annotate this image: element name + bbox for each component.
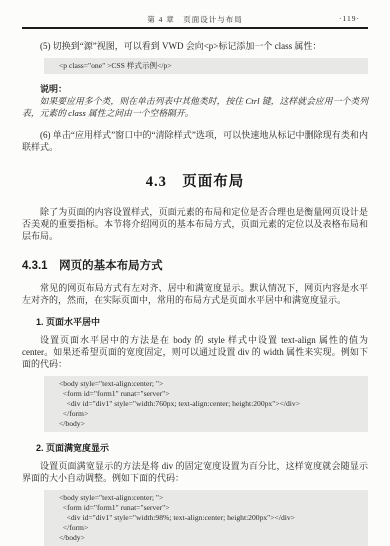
item-2-text: 设置页面满宽显示的方法是将 div 的固定宽度设置为百分比，这样宽度就会随显示界…: [22, 460, 368, 484]
chapter-title: 第 4 章 页面设计与布局: [22, 14, 368, 25]
code-block-2: <body style="text-align:center; "> <form…: [44, 376, 368, 432]
note-label: 说明：: [22, 82, 368, 95]
code-line: <p class="one" >CSS 样式示例</p>: [59, 61, 364, 71]
code-line: <form id="form1" runat="server">: [59, 389, 364, 399]
page-header: 第 4 章 页面设计与布局 ·119·: [22, 12, 368, 29]
code-line: <div id="div1" style="width:760px; text-…: [59, 399, 364, 409]
subsection-heading: 4.3.1 网页的基本布局方式: [22, 257, 368, 273]
note-text: 如果要应用多个类，则在单击列表中其他类时，按住 Ctrl 键，这样就会应用一个类…: [22, 96, 368, 119]
book-page: 第 4 章 页面设计与布局 ·119· (5) 切换到“源”视图，可以看到 VW…: [0, 0, 390, 546]
item-1-heading: 1. 页面水平居中: [36, 315, 368, 328]
code-line: <body style="text-align:center; ">: [59, 493, 364, 503]
code-line: </form>: [59, 523, 364, 533]
paragraph-step-6: (6) 单击“应用样式”窗口中的“清除样式”选项，可以快速地从标记中删除现有类和…: [22, 129, 368, 153]
paragraph-step-5: (5) 切换到“源”视图，可以看到 VWD 会向<p>标记添加一个 class …: [22, 40, 368, 52]
subsection-intro: 常见的网页布局方式有左对齐、居中和满宽度显示。默认情况下，网页内容是水平左对齐的…: [22, 282, 368, 306]
item-2-heading: 2. 页面满宽度显示: [36, 441, 368, 454]
code-line: </body>: [59, 533, 364, 543]
section-intro: 除了为页面的内容设置样式，页面元素的布局和定位是否合理也是衡量网页设计是否美观的…: [22, 206, 368, 242]
code-line: <form id="form1" runat="server">: [59, 503, 364, 513]
section-heading: 4.3 页面布局: [22, 170, 368, 191]
code-line: </form>: [59, 409, 364, 419]
code-block-1: <p class="one" >CSS 样式示例</p>: [44, 58, 368, 74]
page-number: ·119·: [339, 14, 360, 23]
item-1-text: 设置页面水平居中的方法是在 body 的 style 样式中设置 text-al…: [22, 334, 368, 370]
code-block-3: <body style="text-align:center; "> <form…: [44, 490, 368, 546]
code-line: <body style="text-align:center; ">: [59, 379, 364, 389]
note-section: 说明： 如果要应用多个类，则在单击列表中其他类时，按住 Ctrl 键，这样就会应…: [22, 82, 368, 119]
code-line: </body>: [59, 419, 364, 429]
code-line: <div id="div1" style="width:98%; text-al…: [59, 513, 364, 523]
